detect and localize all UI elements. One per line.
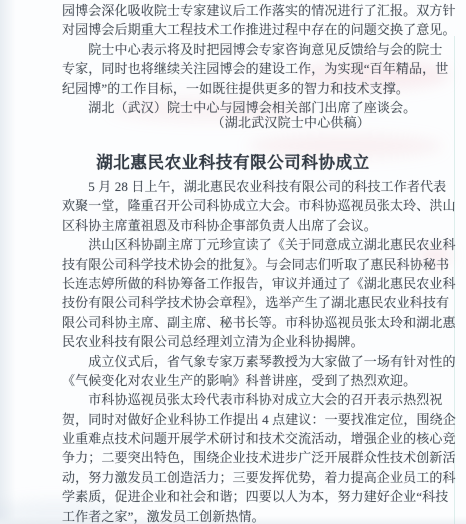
text-line: 争力；二要突出特色，围绕企业技术进步广泛开展群众性技术创新活 <box>62 448 458 467</box>
article-title: 湖北惠民农业科技有限公司科协成立 <box>0 149 466 173</box>
text-line: 贺，同时对做好企业科协工作提出 4 点建议：一要找准定位，围绕企 <box>62 410 458 429</box>
text-line: 限公司科协主席、副主席、秘书长等。市科协巡视员张太玲和湖北惠 <box>62 313 458 332</box>
text-line: 长连志婷所做的科协筹备工作报告，审议并通过了《湖北惠民农业科 <box>62 274 458 293</box>
text-line: 院士中心表示将及时把园博会专家咨询意见反馈给与会的院士 <box>62 40 458 59</box>
text-line: 动，努力激发员工创造活力；三要发挥优势，着力提高企业员工的科 <box>62 468 458 487</box>
text-line: 区科协主席董祖恩及市科协企事部负责人出席了会议。 <box>62 216 458 235</box>
page-left-edge-shading <box>0 0 16 524</box>
text-line: 民农业科技有限公司总经理刘立清为企业科协揭牌。 <box>62 332 458 351</box>
text-line: 洪山区科协副主席丁元珍宣读了《关于同意成立湖北惠民农业科 <box>62 235 458 254</box>
article-body-text-block: 5 月 28 日上午，湖北惠民农业科技有限公司的科技工作者代表欢聚一堂，隆重召开… <box>62 177 458 524</box>
text-line: 业重难点技术问题开展学术研讨和技术交流活动，增强企业的核心竞 <box>62 429 458 448</box>
text-line: 欢聚一堂，隆重召开公司科协成立大会。市科协巡视员张太玲、洪山 <box>62 196 458 215</box>
byline: （湖北武汉院士中心供稿） <box>212 113 370 132</box>
text-line: 成立仪式后，省气象专家万素琴教授为大家做了一场有针对性的 <box>62 352 458 371</box>
intro-text-block: 园博会深化吸收院士专家建议后工作落实的情况进行了汇报。双方针对园博会后期重大工程… <box>62 1 458 117</box>
text-line: 工作者之家”，激发员工创新热情。 <box>62 507 458 524</box>
text-line: 学素质，促进企业和社会和谐；四要以人为本，努力建好企业“科技 <box>62 487 458 506</box>
text-line: 5 月 28 日上午，湖北惠民农业科技有限公司的科技工作者代表 <box>62 177 458 196</box>
text-line: 技份有限公司科学技术协会章程》，选举产生了湖北惠民农业科技有 <box>62 293 458 312</box>
text-line: 纪园博”的工作目标，一如既往提供更多的智力和技术支撑。 <box>62 79 458 98</box>
text-line: 技有限公司科学技术协会的批复》。与会同志们听取了惠民科协秘书 <box>62 255 458 274</box>
text-line: 专家，同时也将继续关注园博会的建设工作，为实现“百年精品，世 <box>62 59 458 78</box>
text-line: 《气候变化对农业生产的影响》科普讲座，受到了热烈欢迎。 <box>62 371 458 390</box>
text-line: 市科协巡视员张太玲代表市科协对成立大会的召开表示热烈祝 <box>62 390 458 409</box>
scanned-document-page: 园博会深化吸收院士专家建议后工作落实的情况进行了汇报。双方针对园博会后期重大工程… <box>0 0 466 524</box>
text-line: 对园博会后期重大工程技术工作推进过程中存在的问题交换了意见。 <box>62 20 458 39</box>
text-line: 园博会深化吸收院士专家建议后工作落实的情况进行了汇报。双方针 <box>62 1 458 20</box>
